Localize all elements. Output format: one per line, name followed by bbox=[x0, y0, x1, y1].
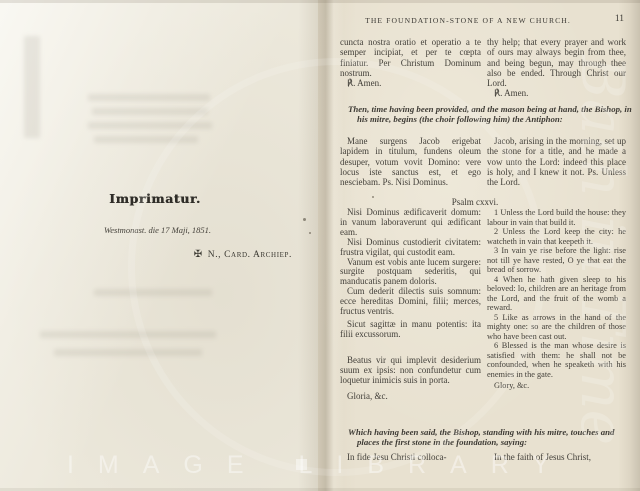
watermark-brand-text: Bath in Time bbox=[557, 40, 640, 460]
show-through-text bbox=[92, 108, 208, 115]
watermark-square-mark bbox=[296, 459, 307, 470]
show-through-text bbox=[24, 36, 40, 138]
page-number: 11 bbox=[598, 14, 624, 24]
watermark-image-library-text: IMAGE LIBRARY bbox=[0, 451, 640, 480]
watermark-circle bbox=[128, 58, 546, 476]
scanned-book-spread: Imprimatur. Westmonast. die 17 Maji, 185… bbox=[0, 0, 640, 491]
show-through-text bbox=[88, 94, 210, 101]
scan-edge-top bbox=[0, 0, 640, 3]
running-title: THE FOUNDATION-STONE OF A NEW CHURCH. bbox=[340, 16, 596, 25]
